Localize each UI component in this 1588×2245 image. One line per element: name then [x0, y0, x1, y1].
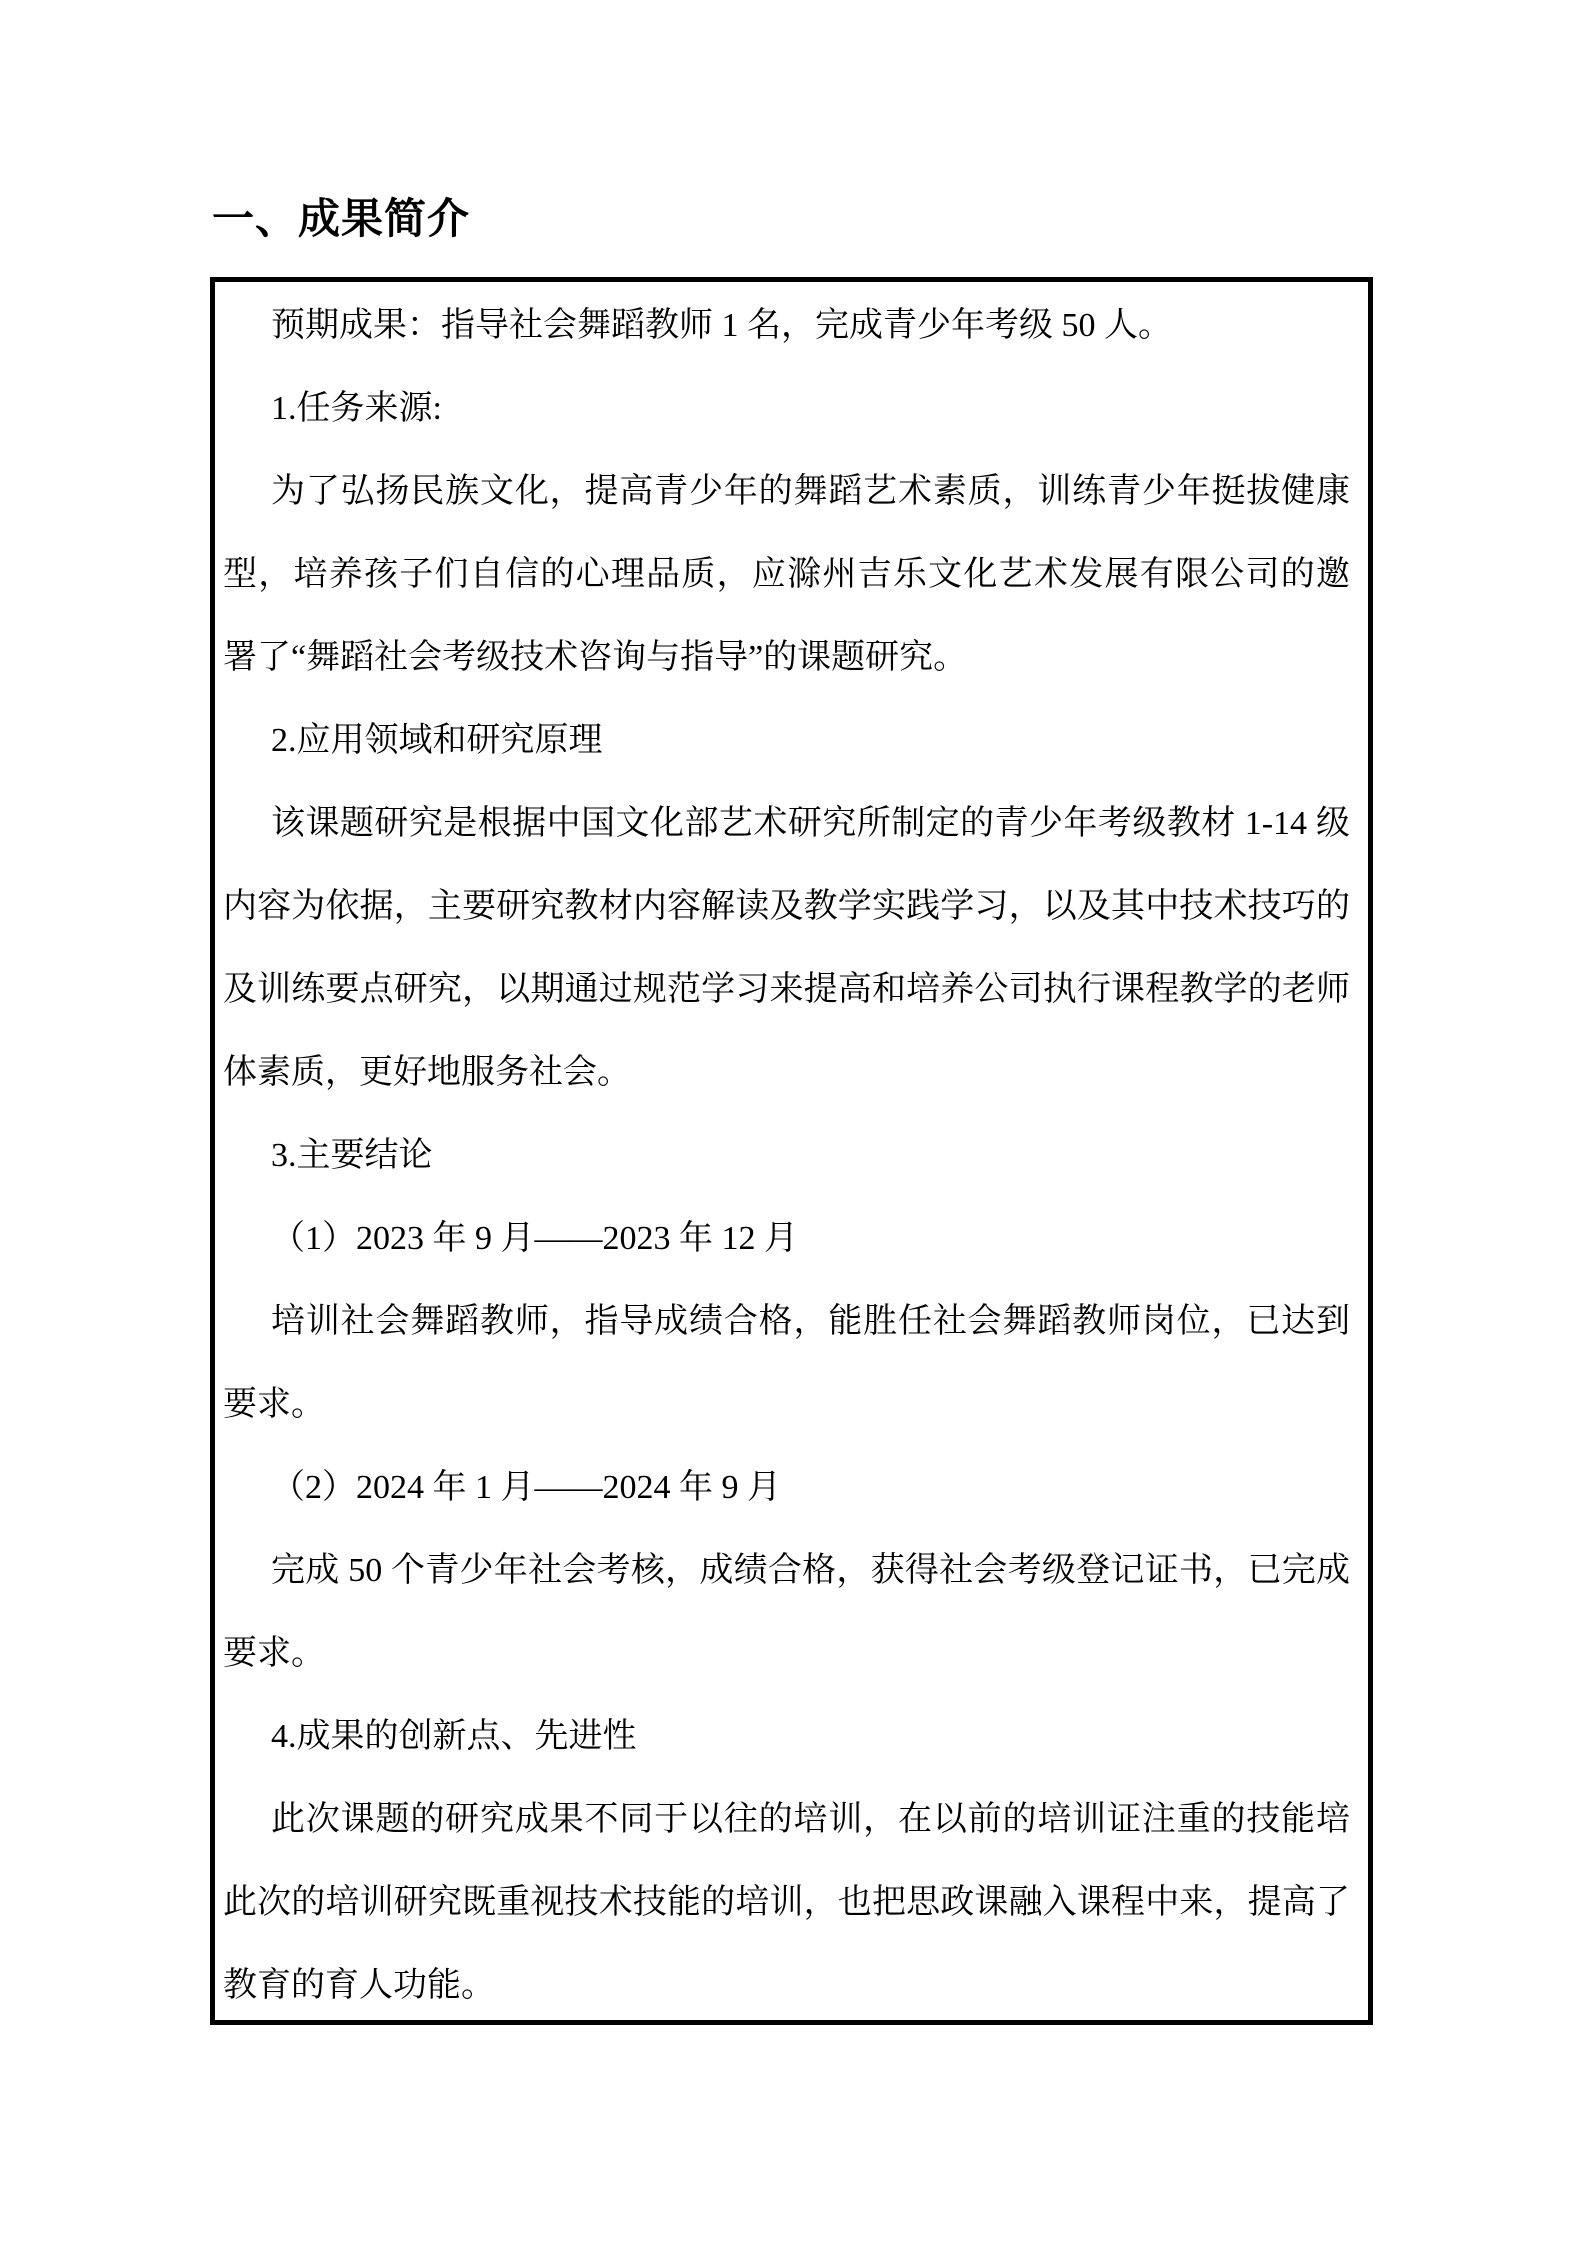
text-line: 体素质，更好地服务社会。	[223, 1031, 1350, 1114]
text-line: 要求。	[223, 1363, 1350, 1446]
text-line: 教育的育人功能。	[223, 1944, 1350, 2025]
text-line: 预期成果：指导社会舞蹈教师 1 名，完成青少年考级 50 人。	[223, 284, 1350, 367]
text-line: 署了“舞蹈社会考级技术咨询与指导”的课题研究。	[223, 616, 1350, 699]
text-line: 3.主要结论	[223, 1114, 1350, 1197]
text-line: 要求。	[223, 1612, 1350, 1695]
text-line: 为了弘扬民族文化，提高青少年的舞蹈艺术素质，训练青少年挺拔健康地体	[223, 450, 1350, 533]
text-line: 1.任务来源:	[223, 367, 1350, 450]
section-heading: 一、成果简介	[212, 196, 470, 244]
text-line: 培训社会舞蹈教师，指导成绩合格，能胜任社会舞蹈教师岗位，已达到任务	[223, 1280, 1350, 1363]
text-line: 2.应用领域和研究原理	[223, 699, 1350, 782]
text-line: 完成 50 个青少年社会考核，成绩合格，获得社会考级登记证书，已完成任务	[223, 1529, 1350, 1612]
text-line: 此次的培训研究既重视技术技能的培训，也把思政课融入课程中来，提高了舞蹈	[223, 1861, 1350, 1944]
content-box: 预期成果：指导社会舞蹈教师 1 名，完成青少年考级 50 人。1.任务来源:为了…	[210, 277, 1373, 2025]
text-line: （2）2024 年 1 月——2024 年 9 月	[223, 1446, 1350, 1529]
document-page: 一、成果简介 预期成果：指导社会舞蹈教师 1 名，完成青少年考级 50 人。1.…	[0, 0, 1588, 2245]
text-line: 及训练要点研究，以期通过规范学习来提高和培养公司执行课程教学的老师的整	[223, 948, 1350, 1031]
text-line: 型，培养孩子们自信的心理品质，应滁州吉乐文化艺术发展有限公司的邀约，签	[223, 533, 1350, 616]
text-line: （1）2023 年 9 月——2023 年 12 月	[223, 1197, 1350, 1280]
text-line: 4.成果的创新点、先进性	[223, 1695, 1350, 1778]
text-line: 该课题研究是根据中国文化部艺术研究所制定的青少年考级教材 1-14 级教材	[223, 782, 1350, 865]
text-line: 内容为依据，主要研究教材内容解读及教学实践学习，以及其中技术技巧的学习	[223, 865, 1350, 948]
text-line: 此次课题的研究成果不同于以往的培训，在以前的培训证注重的技能培训，	[223, 1778, 1350, 1861]
